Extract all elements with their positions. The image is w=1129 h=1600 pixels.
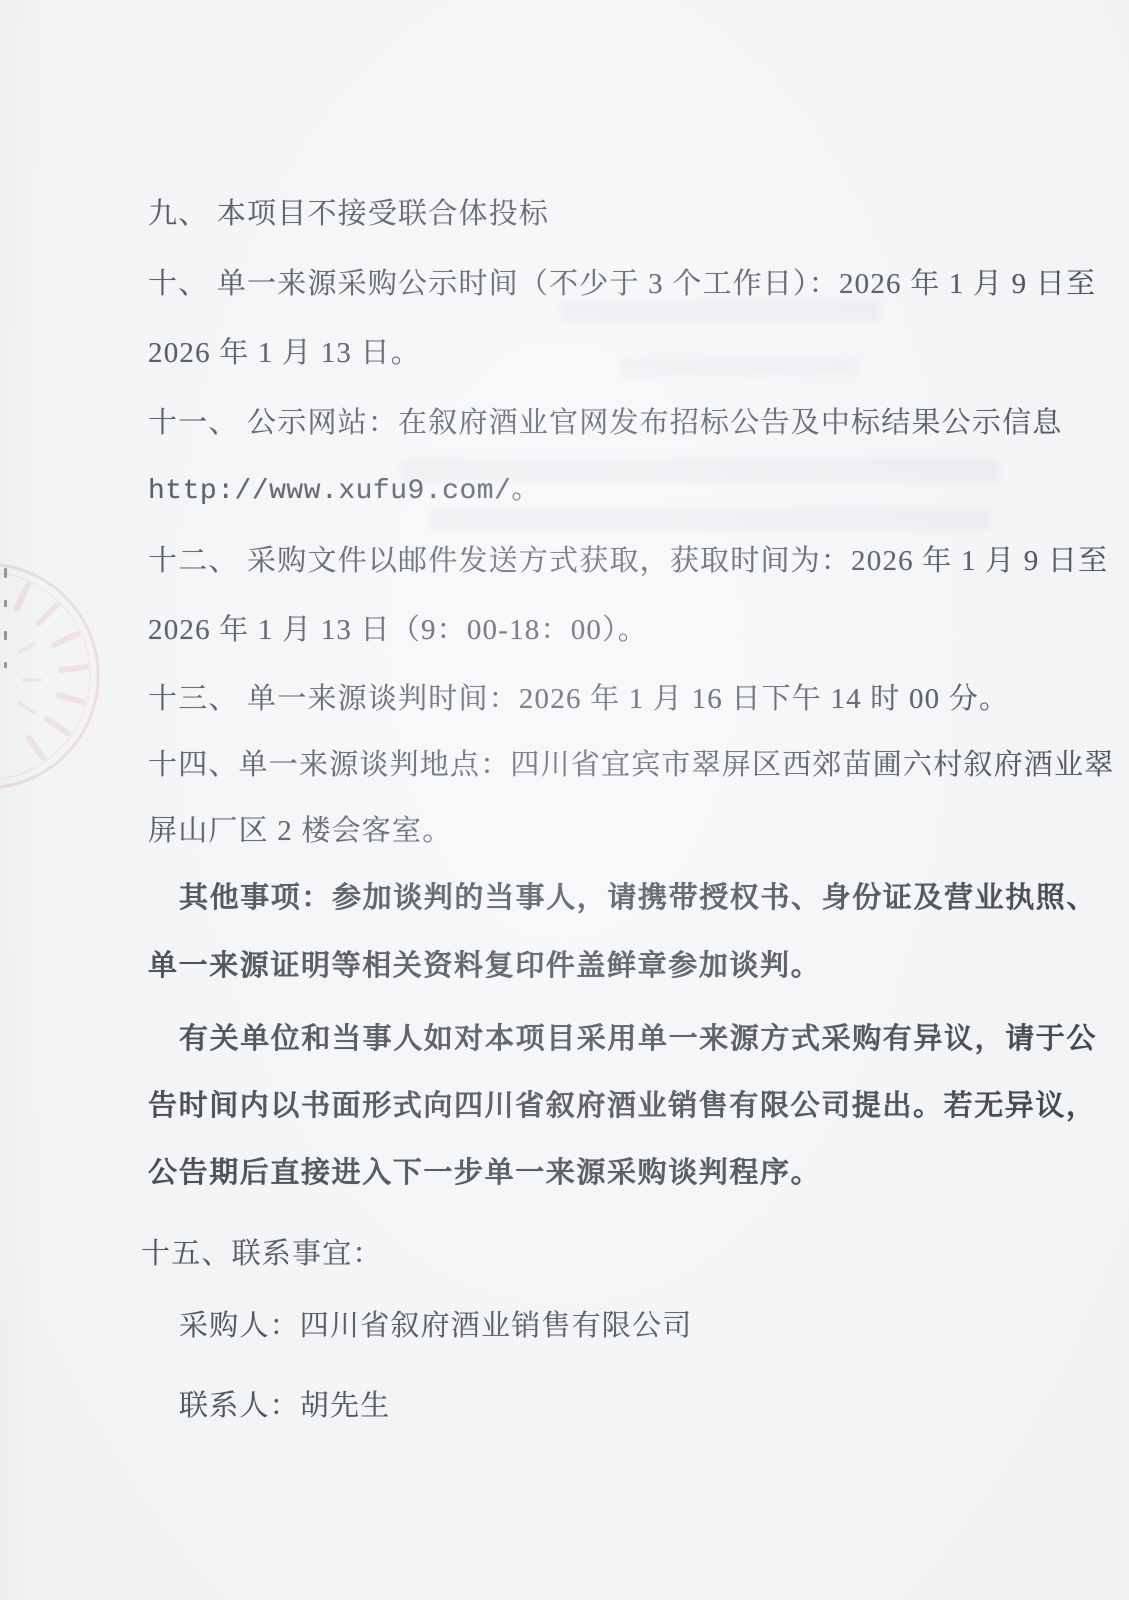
bleed-through-smudge <box>620 358 860 376</box>
item-14-negotiation-location-cont: 屏山厂区 2 楼会客室。 <box>148 813 452 849</box>
objection-notice: 有关单位和当事人如对本项目采用单一来源方式采购有异议，请于公 <box>179 1021 1097 1057</box>
scan-edge-artifact <box>4 568 7 578</box>
item-12-document-delivery: 十二、 采购文件以邮件发送方式获取，获取时间为：2026 年 1 月 9 日至 <box>148 543 1108 579</box>
item-15-contact-matters: 十五、联系事宜： <box>141 1236 383 1272</box>
item-9-no-consortium-bids: 九、 本项目不接受联合体投标 <box>148 196 549 232</box>
scan-edge-artifact <box>4 600 7 607</box>
seal-inner-marks <box>20 644 40 712</box>
item-10-publicity-period: 十、 单一来源采购公示时间（不少于 3 个工作日）：2026 年 1 月 9 日… <box>148 266 1096 302</box>
objection-notice-cont: 告时间内以书面形式向四川省叙府酒业销售有限公司提出。若无异议， <box>148 1088 1097 1124</box>
scan-edge-artifact <box>4 662 7 668</box>
other-matters-notice: 其他事项：参加谈判的当事人，请携带授权书、身份证及营业执照、 <box>179 880 1097 916</box>
seal-radial-characters <box>17 585 86 758</box>
item-11-publicity-website: 十一、 公示网站：在叙府酒业官网发布招标公告及中标结果公示信息 <box>148 405 1062 441</box>
objection-notice-end: 公告期后直接进入下一步单一来源采购谈判程序。 <box>148 1155 821 1191</box>
bleed-through-smudge <box>560 300 880 322</box>
item-14-negotiation-location: 十四、单一来源谈判地点：四川省宜宾市翠屏区西郊苗圃六村叙府酒业翠 <box>148 747 1114 783</box>
other-matters-notice-cont: 单一来源证明等相关资料复印件盖鲜章参加谈判。 <box>148 948 821 984</box>
red-circular-seal-partial <box>0 552 112 804</box>
item-10-publicity-period-cont: 2026 年 1 月 13 日。 <box>148 335 421 371</box>
contact-person: 联系人：胡先生 <box>179 1388 390 1424</box>
item-13-negotiation-time: 十三、 单一来源谈判时间：2026 年 1 月 16 日下午 14 时 00 分… <box>148 681 1009 717</box>
item-12-document-delivery-cont: 2026 年 1 月 13 日（9：00-18：00）。 <box>148 612 648 648</box>
scanned-document-page: 九、 本项目不接受联合体投标 十、 单一来源采购公示时间（不少于 3 个工作日）… <box>0 0 1129 1600</box>
item-11-website-url: http://www.xufu9.com/。 <box>148 474 540 510</box>
bleed-through-smudge <box>430 508 990 530</box>
scan-edge-artifact <box>4 631 7 640</box>
purchaser-name: 采购人：四川省叙府酒业销售有限公司 <box>179 1308 692 1344</box>
